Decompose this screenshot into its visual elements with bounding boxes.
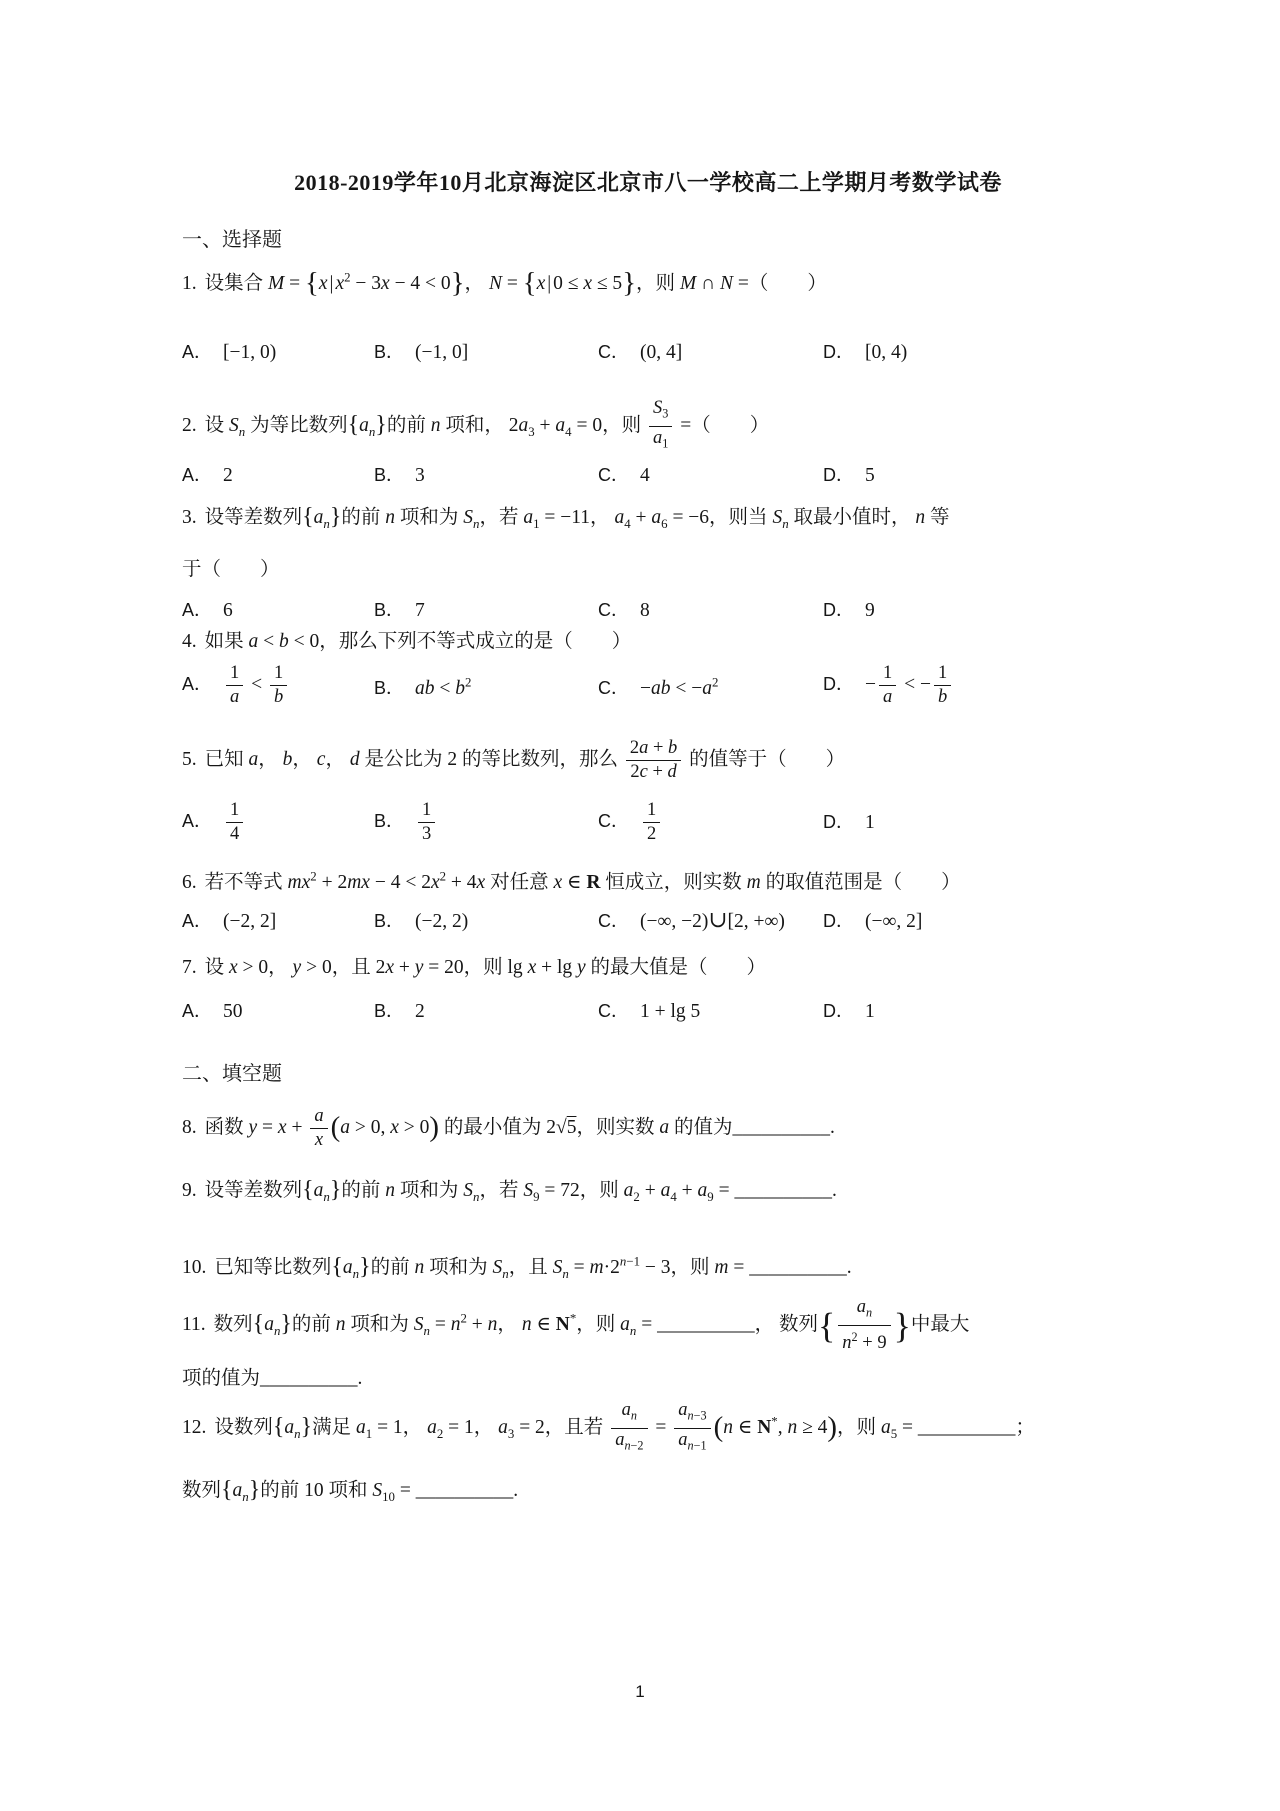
question-1: 1.设集合 M = {x|x2 − 3x − 4 < 0}， N = {x|0 … xyxy=(182,263,1122,298)
option-a-label: A． xyxy=(182,342,212,362)
question-4-number: 4. xyxy=(182,631,197,652)
option-d: D．[0, 4) xyxy=(823,338,1122,367)
option-d-label: D． xyxy=(823,600,854,620)
question-5-options: A．14 B．13 C．12 D．1 xyxy=(182,800,1122,845)
option-a-label: A． xyxy=(182,465,212,485)
option-d: D．−1a < −1b xyxy=(823,663,1122,708)
option-b: B．ab < b2 xyxy=(374,668,598,703)
question-5: 5.已知 a， b， c， d 是公比为 2 的等比数列，那么 2a + b2c… xyxy=(182,738,1122,783)
option-d-label: D． xyxy=(823,1001,854,1021)
question-5-text: 已知 a， b， c， d 是公比为 2 的等比数列，那么 2a + b2c +… xyxy=(205,749,846,770)
option-a-value: [−1, 0) xyxy=(223,342,276,363)
question-10: 10.已知等比数列{an}的前 n 项和为 Sn，且 Sn = m·2n−1 −… xyxy=(182,1247,1122,1287)
question-3-options: A．6 B．7 C．8 D．9 xyxy=(182,596,1122,625)
question-8-number: 8. xyxy=(182,1117,197,1138)
option-a-value: 1a < 1b xyxy=(223,674,290,695)
question-10-number: 10. xyxy=(182,1257,206,1278)
option-c: C．12 xyxy=(598,800,823,845)
option-a-value: 14 xyxy=(223,811,246,832)
option-b-value: 2 xyxy=(415,1001,425,1022)
option-d-label: D． xyxy=(823,812,854,832)
option-b-value: (−1, 0] xyxy=(415,342,468,363)
option-a: A．[−1, 0) xyxy=(182,338,374,367)
option-d-value: 1 xyxy=(865,1001,875,1022)
question-4: 4.如果 a < b < 0，那么下列不等式成立的是（ ） xyxy=(182,628,1122,656)
option-b: B．7 xyxy=(374,596,598,625)
question-10-text: 已知等比数列{an}的前 n 项和为 Sn，且 Sn = m·2n−1 − 3，… xyxy=(214,1257,851,1278)
option-d-label: D． xyxy=(823,911,854,931)
question-11: 11.数列{an}的前 n 项和为 Sn = n2 + n， n ∈ N*，则 … xyxy=(182,1297,1122,1354)
question-6-number: 6. xyxy=(182,872,197,893)
exam-paper-page: 2018-2019学年10月北京海淀区北京市八一学校高二上学期月考数学试卷 一、… xyxy=(0,0,1280,1811)
option-d: D．9 xyxy=(823,596,1122,625)
option-c-value: 4 xyxy=(640,465,650,486)
question-7-text: 设 x > 0， y > 0，且 2x + y = 20，则 lg x + lg… xyxy=(205,957,766,978)
option-a-value: 2 xyxy=(223,465,233,486)
option-c-value: (−∞, −2)∪[2, +∞) xyxy=(640,911,785,932)
option-b-value: 3 xyxy=(415,465,425,486)
option-c: C．8 xyxy=(598,596,823,625)
option-c-label: C． xyxy=(598,1001,629,1021)
option-c-value: 8 xyxy=(640,600,650,621)
option-a: A．14 xyxy=(182,800,374,845)
question-3-text: 设等差数列{an}的前 n 项和为 Sn，若 a1 = −11， a4 + a6… xyxy=(205,507,950,528)
option-d-value: 9 xyxy=(865,600,875,621)
option-b-label: B． xyxy=(374,911,404,931)
question-2: 2.设 Sn 为等比数列{an}的前 n 项和， 2a3 + a4 = 0，则 … xyxy=(182,398,1122,454)
option-b: B．13 xyxy=(374,800,598,845)
option-c: C．4 xyxy=(598,461,823,490)
option-b-label: B． xyxy=(374,600,404,620)
option-b-label: B． xyxy=(374,465,404,485)
option-d: D．1 xyxy=(823,808,1122,837)
section-heading-fill: 二、填空题 xyxy=(182,1060,1122,1088)
option-d-value: [0, 4) xyxy=(865,342,907,363)
option-a: A．6 xyxy=(182,596,374,625)
option-d-label: D． xyxy=(823,465,854,485)
option-d-value: −1a < −1b xyxy=(865,674,954,695)
question-7-options: A．50 B．2 C．1 + lg 5 D．1 xyxy=(182,997,1122,1026)
option-a-label: A． xyxy=(182,811,212,831)
question-3-continuation: 于（ ） xyxy=(182,556,1122,584)
question-3-number: 3. xyxy=(182,507,197,528)
option-d-label: D． xyxy=(823,674,854,694)
question-2-text: 设 Sn 为等比数列{an}的前 n 项和， 2a3 + a4 = 0，则 S3… xyxy=(205,415,770,436)
option-b-label: B． xyxy=(374,1001,404,1021)
option-b: B．(−1, 0] xyxy=(374,338,598,367)
option-c-value: 12 xyxy=(640,811,663,832)
option-c-label: C． xyxy=(598,911,629,931)
question-1-text: 设集合 M = {x|x2 − 3x − 4 < 0}， N = {x|0 ≤ … xyxy=(205,273,827,294)
question-12-text: 设数列{an}满足 a1 = 1， a2 = 1， a3 = 2，且若 anan… xyxy=(214,1417,1035,1438)
question-8-text: 函数 y = x + ax(a > 0, x > 0) 的最小值为 2√5，则实… xyxy=(205,1117,835,1138)
option-c-label: C． xyxy=(598,600,629,620)
question-9-text: 设等差数列{an}的前 n 项和为 Sn，若 S9 = 72，则 a2 + a4… xyxy=(205,1180,837,1201)
option-a-label: A． xyxy=(182,600,212,620)
option-c-label: C． xyxy=(598,678,629,698)
option-b-label: B． xyxy=(374,342,404,362)
question-2-options: A．2 B．3 C．4 D．5 xyxy=(182,461,1122,490)
option-c-value: −ab < −a2 xyxy=(640,678,718,699)
option-b-label: B． xyxy=(374,811,404,831)
question-8: 8.函数 y = x + ax(a > 0, x > 0) 的最小值为 2√5，… xyxy=(182,1106,1122,1151)
option-a-label: A． xyxy=(182,911,212,931)
option-c-label: C． xyxy=(598,342,629,362)
option-b-label: B． xyxy=(374,678,404,698)
option-c: C．1 + lg 5 xyxy=(598,997,823,1026)
option-a-label: A． xyxy=(182,674,212,694)
question-2-number: 2. xyxy=(182,415,197,436)
option-b: B．(−2, 2) xyxy=(374,907,598,936)
option-c: C．(−∞, −2)∪[2, +∞) xyxy=(598,906,823,936)
option-c-label: C． xyxy=(598,811,629,831)
option-d-value: 5 xyxy=(865,465,875,486)
question-6-text: 若不等式 mx2 + 2mx − 4 < 2x2 + 4x 对任意 x ∈ R … xyxy=(205,872,961,893)
option-b: B．3 xyxy=(374,461,598,490)
page-number: 1 xyxy=(0,1682,1280,1702)
option-d: D．5 xyxy=(823,461,1122,490)
question-4-options: A．1a < 1b B．ab < b2 C．−ab < −a2 D．−1a < … xyxy=(182,663,1122,708)
question-11-continuation: 项的值为__________. xyxy=(182,1365,1122,1393)
question-6: 6.若不等式 mx2 + 2mx − 4 < 2x2 + 4x 对任意 x ∈ … xyxy=(182,862,1122,897)
page-title: 2018-2019学年10月北京海淀区北京市八一学校高二上学期月考数学试卷 xyxy=(20,169,1276,197)
option-d: D．1 xyxy=(823,997,1122,1026)
option-d-value: (−∞, 2] xyxy=(865,911,922,932)
question-12-number: 12. xyxy=(182,1417,206,1438)
option-a-value: 50 xyxy=(223,1001,243,1022)
option-a: A．(−2, 2] xyxy=(182,907,374,936)
question-9-number: 9. xyxy=(182,1180,197,1201)
question-11-text: 数列{an}的前 n 项和为 Sn = n2 + n， n ∈ N*，则 an … xyxy=(214,1314,970,1335)
option-b-value: (−2, 2) xyxy=(415,911,468,932)
option-a-value: 6 xyxy=(223,600,233,621)
option-c-value: (0, 4] xyxy=(640,342,682,363)
option-a-label: A． xyxy=(182,1001,212,1021)
option-c: C．(0, 4] xyxy=(598,338,823,367)
option-b-value: ab < b2 xyxy=(415,678,471,699)
question-6-options: A．(−2, 2] B．(−2, 2) C．(−∞, −2)∪[2, +∞) D… xyxy=(182,906,1122,936)
question-1-options: A．[−1, 0) B．(−1, 0] C．(0, 4] D．[0, 4) xyxy=(182,338,1122,367)
question-3: 3.设等差数列{an}的前 n 项和为 Sn，若 a1 = −11， a4 + … xyxy=(182,504,1122,538)
question-12: 12.设数列{an}满足 a1 = 1， a2 = 1， a3 = 2，且若 a… xyxy=(182,1400,1122,1456)
option-b-value: 13 xyxy=(415,811,438,832)
section-heading-choice: 一、选择题 xyxy=(182,226,1122,254)
question-1-number: 1. xyxy=(182,273,197,294)
option-a: A．2 xyxy=(182,461,374,490)
option-c-label: C． xyxy=(598,465,629,485)
question-11-number: 11. xyxy=(182,1314,206,1335)
option-a: A．50 xyxy=(182,997,374,1026)
option-b-value: 7 xyxy=(415,600,425,621)
question-12-continuation: 数列{an}的前 10 项和 S10 = __________. xyxy=(182,1477,1122,1511)
question-7: 7.设 x > 0， y > 0，且 2x + y = 20，则 lg x + … xyxy=(182,954,1122,982)
option-a-value: (−2, 2] xyxy=(223,911,276,932)
option-a: A．1a < 1b xyxy=(182,663,374,708)
option-b: B．2 xyxy=(374,997,598,1026)
option-d: D．(−∞, 2] xyxy=(823,907,1122,936)
question-7-number: 7. xyxy=(182,957,197,978)
option-d-value: 1 xyxy=(865,812,875,833)
question-4-text: 如果 a < b < 0，那么下列不等式成立的是（ ） xyxy=(205,631,632,652)
question-9: 9.设等差数列{an}的前 n 项和为 Sn，若 S9 = 72，则 a2 + … xyxy=(182,1177,1122,1211)
question-5-number: 5. xyxy=(182,749,197,770)
option-d-label: D． xyxy=(823,342,854,362)
option-c: C．−ab < −a2 xyxy=(598,668,823,703)
option-c-value: 1 + lg 5 xyxy=(640,1001,700,1022)
